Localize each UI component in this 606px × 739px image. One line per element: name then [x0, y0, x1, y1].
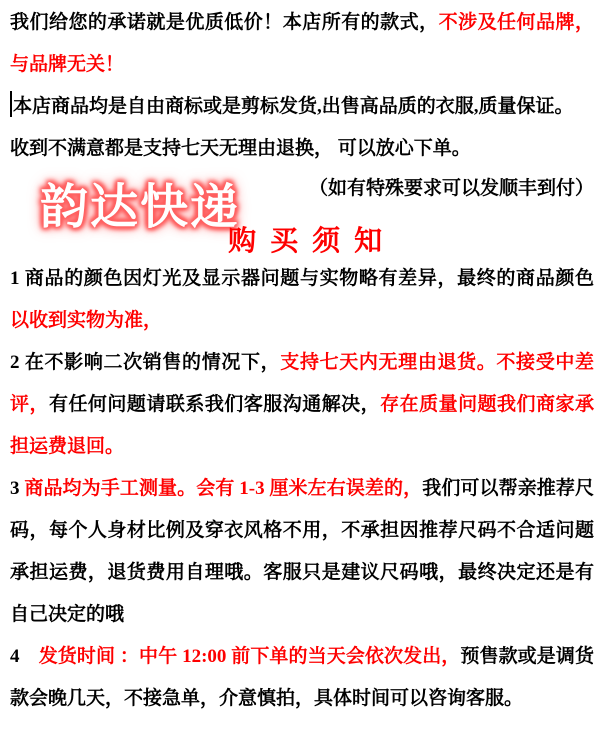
notice-item-1-segment: 1 商品的颜色因灯光及显示器问题与实物略有差异，最终的商品颜色: [10, 268, 594, 289]
notice-item-2-segment: 2 在不影响二次销售的情况下，: [10, 352, 280, 373]
notice-item-1-segment: 以收到实物为准，: [10, 310, 162, 331]
notice-item-3-segment: 我们可以帮亲推荐尺码，每个人身材比例及穿衣风格不用，不承担因推荐尺码不合适问题承…: [10, 478, 594, 625]
notice-item-3-segment: 3: [10, 478, 24, 499]
text-cursor: [10, 91, 12, 117]
special-shipping-note: （如有特殊要求可以发顺丰到付）: [309, 176, 594, 203]
notice-item-3-segment: 商品均为手工测量。会有 1-3 厘米左右误差的，: [24, 478, 422, 499]
guarantee-text-1: 本店商品均是自由商标或是剪标发货,出售高品质的衣服,质量保证。: [13, 96, 574, 117]
guarantee-line-2: 收到不满意都是支持七天无理由退换， 可以放心下单。: [10, 128, 594, 170]
courier-logo: 韵达快递: [40, 168, 240, 237]
notice-item-3: 3 商品均为手工测量。会有 1-3 厘米左右误差的，我们可以帮亲推荐尺码，每个人…: [10, 468, 594, 636]
guarantee-paragraph: 本店商品均是自由商标或是剪标发货,出售高品质的衣服,质量保证。 收到不满意都是支…: [10, 86, 594, 170]
promise-text: 我们给您的承诺就是优质低价！本店所有的款式，: [10, 12, 439, 33]
notice-item-2-segment: 有任何问题请联系我们客服沟通解决，: [49, 394, 380, 415]
notice-item-4-segment: 发货时间 ：中午 12:00 前下单的当天会依次发出，: [39, 646, 461, 667]
notice-item-2: 2 在不影响二次销售的情况下，支持七天内无理由退货。不接受中差评，有任何问题请联…: [10, 342, 594, 468]
notice-item-4-segment: 4: [10, 646, 39, 667]
promise-paragraph: 我们给您的承诺就是优质低价！本店所有的款式，不涉及任何品牌，与品牌无关！: [10, 2, 594, 86]
guarantee-text-2: 收到不满意都是支持七天无理由退换， 可以放心下单。: [10, 138, 471, 159]
product-notice-page: 我们给您的承诺就是优质低价！本店所有的款式，不涉及任何品牌，与品牌无关！ 本店商…: [0, 0, 606, 739]
notice-item-1: 1 商品的颜色因灯光及显示器问题与实物略有差异，最终的商品颜色以收到实物为准，: [10, 258, 594, 342]
notice-title: 购买须知: [228, 228, 396, 256]
guarantee-line-1: 本店商品均是自由商标或是剪标发货,出售高品质的衣服,质量保证。: [10, 86, 594, 128]
notice-item-4: 4 发货时间 ：中午 12:00 前下单的当天会依次发出，预售款或是调货款会晚几…: [10, 636, 594, 720]
shipping-banner: 韵达快递 （如有特殊要求可以发顺丰到付） 购买须知: [10, 172, 594, 254]
